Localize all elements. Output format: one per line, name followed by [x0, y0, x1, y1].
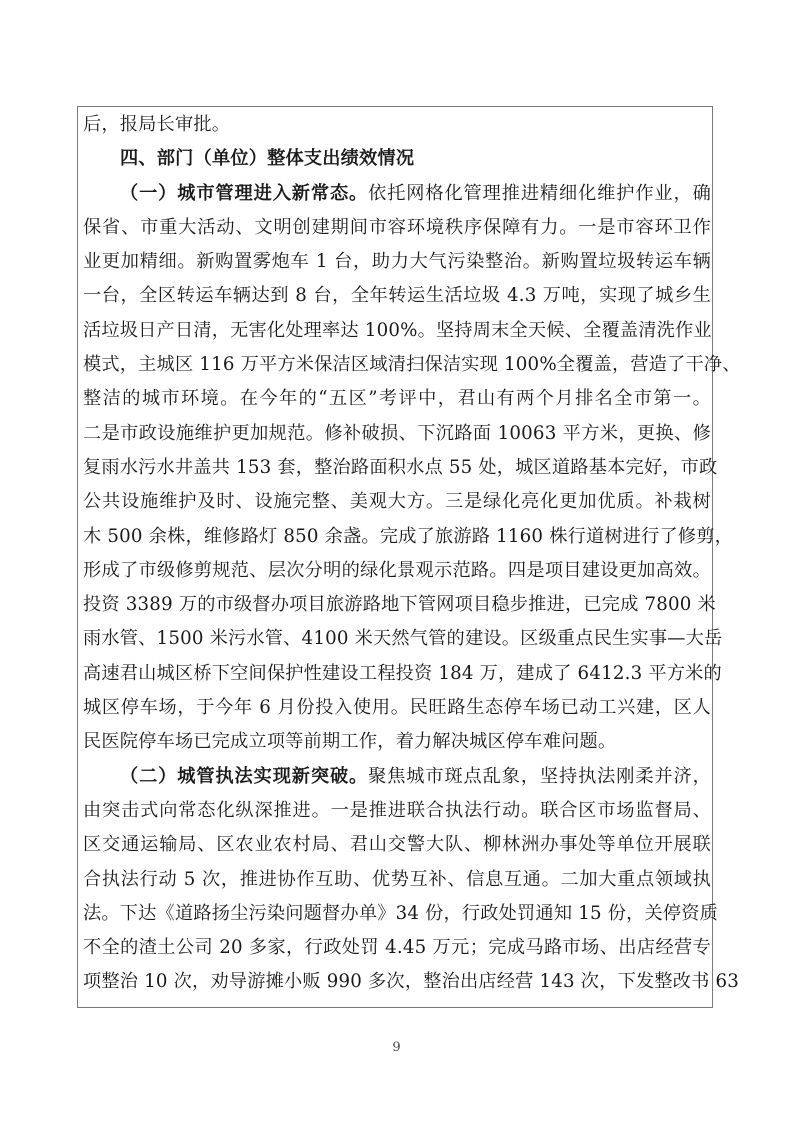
paragraph-line: 区交通运输局、区农业农村局、君山交警大队、柳林洲办事处等单位开展联 [83, 828, 711, 862]
paragraph-line: 高速君山城区桥下空间保护性建设工程投资 184 万，建成了 6412.3 平方米… [83, 657, 711, 691]
paragraph-line: 投资 3389 万的市级督办项目旅游路地下管网项目稳步推进，已完成 7800 米 [83, 588, 711, 622]
paragraph-line: 城区停车场，于今年 6 月份投入使用。民旺路生态停车场已动工兴建，区人 [83, 691, 711, 725]
paragraph-text: 聚焦城市斑点乱象，坚持执法刚柔并济， [368, 766, 711, 787]
subsection-line: （一）城市管理进入新常态。依托网格化管理推进精细化维护作业，确 [83, 177, 711, 211]
section-heading: 四、部门（单位）整体支出绩效情况 [83, 142, 711, 176]
paragraph-line: 活垃圾日产日清，无害化处理率达 100%。坚持周末全天候、全覆盖清洗作业 [83, 314, 711, 348]
paragraph-line: 模式，主城区 116 万平方米保洁区域清扫保洁实现 100%全覆盖，营造了干净、 [83, 348, 711, 382]
paragraph-line: 整洁的城市环境。在今年的“五区”考评中，君山有两个月排名全市第一。 [83, 382, 711, 416]
paragraph-line: 复雨水污水井盖共 153 套，整治路面积水点 55 处，城区道路基本完好，市政 [83, 451, 711, 485]
paragraph-line: 雨水管、1500 米污水管、4100 米天然气管的建设。区级重点民生实事—大岳 [83, 622, 711, 656]
page-number: 9 [0, 1040, 793, 1055]
paragraph-line: 保省、市重大活动、文明创建期间市容环境秩序保障有力。一是市容环卫作 [83, 211, 711, 245]
paragraph-line: 形成了市级修剪规范、层次分明的绿化景观示范路。四是项目建设更加高效。 [83, 554, 711, 588]
subsection-line: （二）城管执法实现新突破。聚焦城市斑点乱象，坚持执法刚柔并济， [83, 760, 711, 794]
paragraph-line: 法。下达《道路扬尘污染问题督办单》34 份，行政处罚通知 15 份，关停资质 [83, 897, 711, 931]
paragraph-line: 由突击式向常态化纵深推进。一是推进联合执法行动。联合区市场监督局、 [83, 794, 711, 828]
paragraph-line: 民医院停车场已完成立项等前期工作，着力解决城区停车难问题。 [83, 725, 711, 759]
paragraph-line: 业更加精细。新购置雾炮车 1 台，助力大气污染整治。新购置垃圾转运车辆 [83, 245, 711, 279]
subsection-title: （一）城市管理进入新常态。 [120, 183, 368, 204]
subsection-title: （二）城管执法实现新突破。 [120, 766, 368, 787]
heading-text: 四、部门（单位）整体支出绩效情况 [120, 148, 414, 169]
document-body: 后，报局长审批。 四、部门（单位）整体支出绩效情况 （一）城市管理进入新常态。依… [83, 108, 711, 1000]
paragraph-line: 一台，全区转运车辆达到 8 台，全年转运生活垃圾 4.3 万吨，实现了城乡生 [83, 279, 711, 313]
paragraph-line: 二是市政设施维护更加规范。修补破损、下沉路面 10063 平方米，更换、修 [83, 417, 711, 451]
paragraph-line: 木 500 余株，维修路灯 850 余盏。完成了旅游路 1160 株行道树进行了… [83, 520, 711, 554]
paragraph-line: 公共设施维护及时、设施完整、美观大方。三是绿化亮化更加优质。补栽树 [83, 485, 711, 519]
paragraph-line: 项整治 10 次，劝导游摊小贩 990 多次，整治出店经营 143 次，下发整改… [83, 965, 711, 999]
paragraph-line: 合执法行动 5 次，推进协作互助、优势互补、信息互通。二加大重点领域执 [83, 863, 711, 897]
paragraph-line: 不全的渣土公司 20 多家，行政处罚 4.45 万元；完成马路市场、出店经营专 [83, 931, 711, 965]
paragraph-text: 依托网格化管理推进精细化维护作业，确 [368, 183, 711, 204]
paragraph-line: 后，报局长审批。 [83, 108, 711, 142]
